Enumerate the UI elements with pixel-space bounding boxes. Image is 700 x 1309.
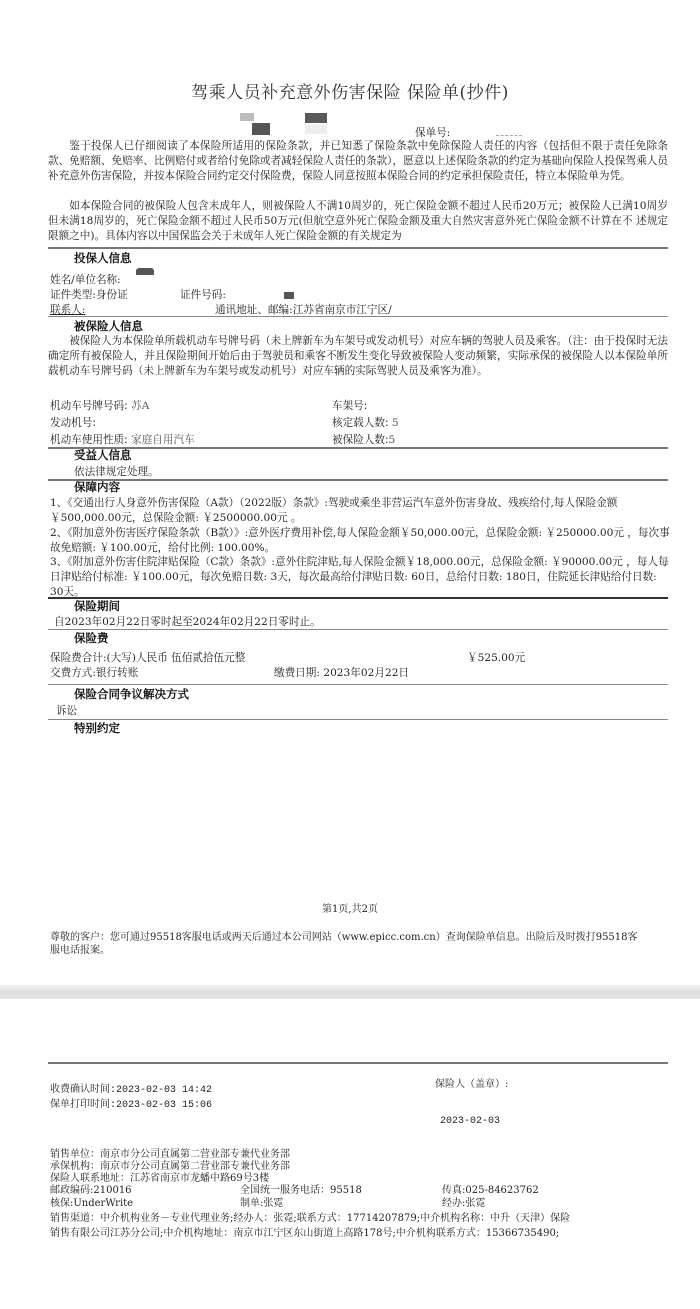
policy-page-2: 收费确认时间:2023-02-03 14:42 保单打印时间:2023-02-0…	[0, 999, 700, 1309]
document-title: 驾乘人员补充意外伤害保险 保险单(抄件)	[0, 78, 700, 103]
underwriting-org: 承保机构：南京市分公司直属第二营业部专兼代业务部	[50, 1161, 290, 1173]
intro-paragraph-1: 鉴于投保人已仔细阅读了本保险所适用的保险条款，并已知悉了保险条款中免除保险人责任…	[48, 139, 668, 184]
redaction-mark	[496, 135, 522, 136]
beneficiary-value: 依法律规定处理。	[74, 464, 159, 479]
premium-total: 保险费合计:(大写)人民币 伍佰贰拾伍元整	[50, 650, 245, 665]
sales-unit: 销售单位：南京市分公司直属第二营业部专兼代业务部	[50, 1149, 290, 1161]
redaction-mark	[240, 113, 254, 121]
footer-note: 尊敬的客户：您可通过95518客服电话或两天后通过本公司网站（www.epicc…	[50, 931, 640, 957]
page-separator	[0, 985, 700, 1000]
coverage-item: 1、《交通出行人身意外伤害保险（A款）（2022版）条款》:驾驶或乘坐非营运汽车…	[50, 496, 670, 526]
section-heading-special: 特别约定	[74, 720, 120, 736]
coverage-item: 2、《附加意外伤害医疗保险条款（B款）》:意外医疗费用补偿,每人保险金额￥50,…	[50, 526, 670, 556]
service-hotline: 全国统一服务电话：95518	[240, 1185, 362, 1197]
section-heading-insured: 被保险人信息	[74, 318, 143, 334]
redaction-mark	[252, 123, 270, 135]
policy-page-1: 驾乘人员补充意外伤害保险 保险单(抄件) 保单号: 鉴于投保人已仔细阅读了本保险…	[0, 0, 700, 978]
redaction-mark	[136, 268, 154, 275]
insurer-seal-label: 保险人（盖章）:	[435, 1075, 508, 1090]
policyholder-id-type: 证件类型:身份证	[50, 287, 128, 302]
section-heading-premium: 保险费	[74, 630, 109, 646]
period-value: 自2023年02月22日零时起至2024年02月22日零时止。	[54, 614, 321, 629]
vehicle-usage: 机动车使用性质: 家庭自用汽车	[50, 432, 195, 447]
redaction-mark	[305, 113, 327, 123]
section-divider	[48, 447, 668, 449]
handler: 经办:张霓	[442, 1198, 485, 1210]
policyholder-id-number: 证件号码:	[180, 287, 226, 302]
section-divider	[48, 719, 668, 720]
plate-number: 机动车号牌号码: 苏A	[50, 398, 149, 413]
sales-channel-line-2: 销售有限公司江苏分公司;中介机构地址：南京市江宁区东山街道上高路178号;中介机…	[50, 1227, 559, 1241]
insured-count: 被保险人数:5	[332, 432, 395, 447]
engine-number: 发动机号:	[50, 415, 96, 430]
section-divider	[48, 316, 668, 317]
section-divider	[48, 629, 668, 630]
seal-date: 2023-02-03	[440, 1116, 500, 1127]
dispute-value: 诉讼	[56, 703, 77, 718]
redaction-mark	[284, 292, 294, 299]
insurer-address: 保险人联系地址：江苏省南京市龙蟠中路69号3楼	[50, 1173, 269, 1185]
payment-date: 缴费日期: 2023年02月22日	[274, 665, 409, 680]
section-divider	[48, 684, 668, 685]
policyholder-address: 通讯地址、邮编:江苏省南京市江宁区/	[215, 302, 392, 317]
section-divider	[48, 247, 668, 249]
fee-confirm-time: 收费确认时间:2023-02-03 14:42	[50, 1080, 212, 1096]
intro-paragraph-2: 如本保险合同的被保险人包含未成年人，则被保险人不满10周岁的，死亡保险金额不超过…	[48, 199, 668, 244]
section-divider	[48, 1062, 668, 1064]
section-heading-period: 保险期间	[74, 598, 120, 614]
print-time: 保单打印时间:2023-02-03 15:06	[50, 1095, 212, 1111]
approved-seats: 核定载人数: 5	[332, 415, 399, 430]
insured-description: 被保险人为本保险单所载机动车号牌号码（未上牌新车为车架号或发动机号）对应车辆的驾…	[48, 334, 668, 379]
postcode: 邮政编码:210016	[50, 1185, 132, 1197]
page-indicator: 第1页,共2页	[0, 900, 700, 915]
redaction-mark	[305, 124, 327, 134]
section-heading-beneficiary: 受益人信息	[74, 447, 132, 463]
section-divider	[48, 479, 668, 481]
premium-amount: ￥525.00元	[467, 650, 525, 665]
underwriter: 核保:UnderWrite	[50, 1198, 133, 1210]
policyholder-name: 姓名/单位名称:	[50, 272, 121, 287]
issuer: 制单:张霓	[240, 1198, 283, 1210]
coverage-item: 3、《附加意外伤害住院津贴保险（C款）条款》:意外住院津贴,每人保险金额￥18,…	[50, 555, 670, 600]
vin-number: 车架号:	[332, 398, 367, 413]
policy-number-label: 保单号:	[415, 127, 450, 139]
section-divider	[48, 597, 668, 599]
section-heading-dispute: 保险合同争议解决方式	[74, 686, 189, 702]
fax-number: 传真:025-84623762	[442, 1185, 539, 1197]
policy-number: 保单号:	[415, 125, 522, 140]
sales-channel-line-1: 销售渠道：中介机构业务－专业代理业务;经办人：张霓;联系方式：177142078…	[50, 1212, 570, 1226]
section-heading-coverage: 保障内容	[74, 479, 120, 495]
section-heading-policyholder: 投保人信息	[74, 250, 132, 266]
payment-method: 交费方式:银行转账	[50, 665, 138, 680]
